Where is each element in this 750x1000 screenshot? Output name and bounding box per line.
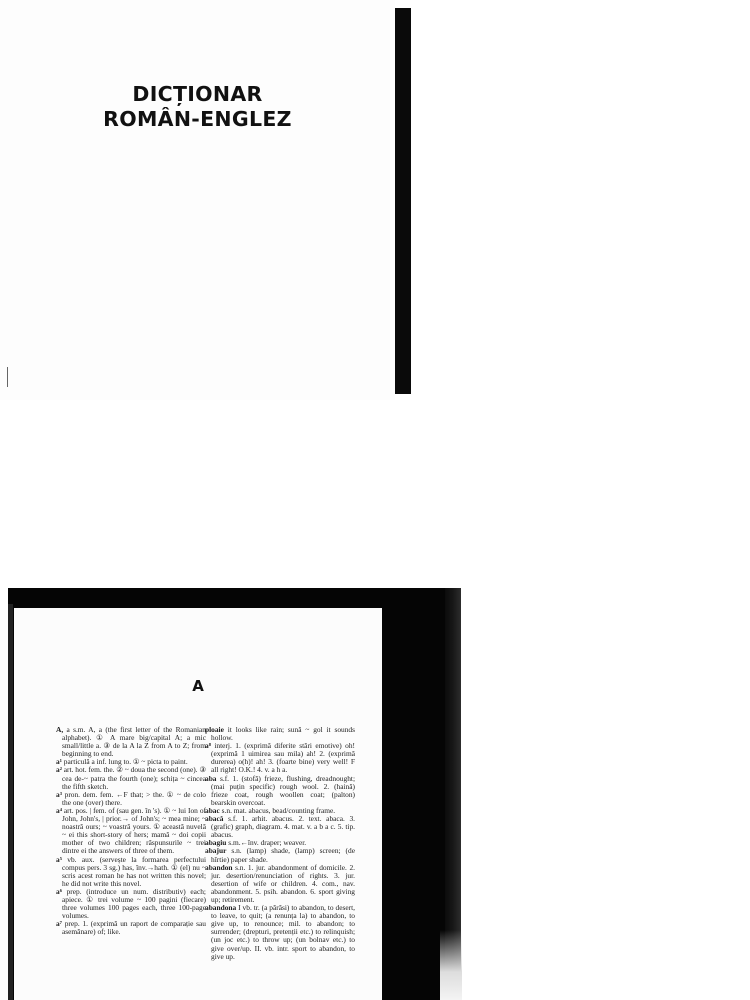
headword: aba: [205, 774, 217, 783]
dictionary-entry: a⁶ prep. (introduce un num. distributiv)…: [56, 888, 206, 920]
page-left-edge: [8, 604, 13, 1000]
headword: a⁸: [205, 741, 211, 750]
dictionary-page: A A, a s.m. A, a (the first letter of th…: [14, 608, 382, 1000]
dictionary-entry: abacă s.f. 1. arhit. abacus. 2. text. ab…: [205, 815, 355, 839]
headword: a⁶: [56, 887, 62, 896]
dictionary-entry: a² art. hot. fem. the. ② ~ doua the seco…: [56, 766, 206, 790]
dictionary-entry: a⁵ vb. aux. (servește la formarea perfec…: [56, 856, 206, 888]
title-line-2: ROMÂN-ENGLEZ: [0, 107, 395, 132]
section-letter: A: [14, 677, 382, 695]
headword: a³: [56, 790, 62, 799]
headword: abandona: [205, 903, 236, 912]
headword: abacă: [205, 814, 223, 823]
dictionary-entry: a⁷ prep. 1. (exprimă un raport de compar…: [56, 920, 206, 936]
headword: ploaie: [205, 725, 224, 734]
dictionary-entry: A, a s.m. A, a (the first letter of the …: [56, 726, 206, 758]
title-line-1: DICȚIONAR: [0, 82, 395, 107]
scan-edge-mark: [7, 367, 8, 387]
dictionary-entry: abandona I vb. tr. (a părăsi) to abandon…: [205, 904, 355, 961]
headword: A,: [56, 725, 63, 734]
dictionary-entry: abajur s.n. (lamp) shade, (lamp) screen;…: [205, 847, 355, 863]
dictionary-entry: a⁸ interj. 1. (exprimă diferite stări em…: [205, 742, 355, 774]
headword: a⁷: [56, 919, 62, 928]
headword: a⁵: [56, 855, 62, 864]
headword: a²: [56, 765, 62, 774]
dictionary-entry: aba s.f. 1. (stofă) frieze, flushing, dr…: [205, 775, 355, 807]
headword: abandon: [205, 863, 233, 872]
headword: a⁴: [56, 806, 62, 815]
left-column: A, a s.m. A, a (the first letter of the …: [56, 726, 206, 936]
right-column: ploaie it looks like rain; sună ~ gol it…: [205, 726, 355, 961]
dictionary-entry: abandon s.n. 1. jur. abandonment of domi…: [205, 864, 355, 904]
dictionary-entry: ploaie it looks like rain; sună ~ gol it…: [205, 726, 355, 742]
scan-edge-fade: [440, 930, 462, 1000]
headword: abajur: [205, 846, 226, 855]
dictionary-entry: a⁴ art. pos. | fem. of (sau gen. în 's).…: [56, 807, 206, 856]
dictionary-entry: a³ pron. dem. fem. ←F that; > the. ① ~ d…: [56, 791, 206, 807]
book-title: DICȚIONAR ROMÂN-ENGLEZ: [0, 82, 395, 132]
cover-page: DICȚIONAR ROMÂN-ENGLEZ: [0, 0, 395, 400]
scan-binding-shadow: [395, 8, 411, 394]
